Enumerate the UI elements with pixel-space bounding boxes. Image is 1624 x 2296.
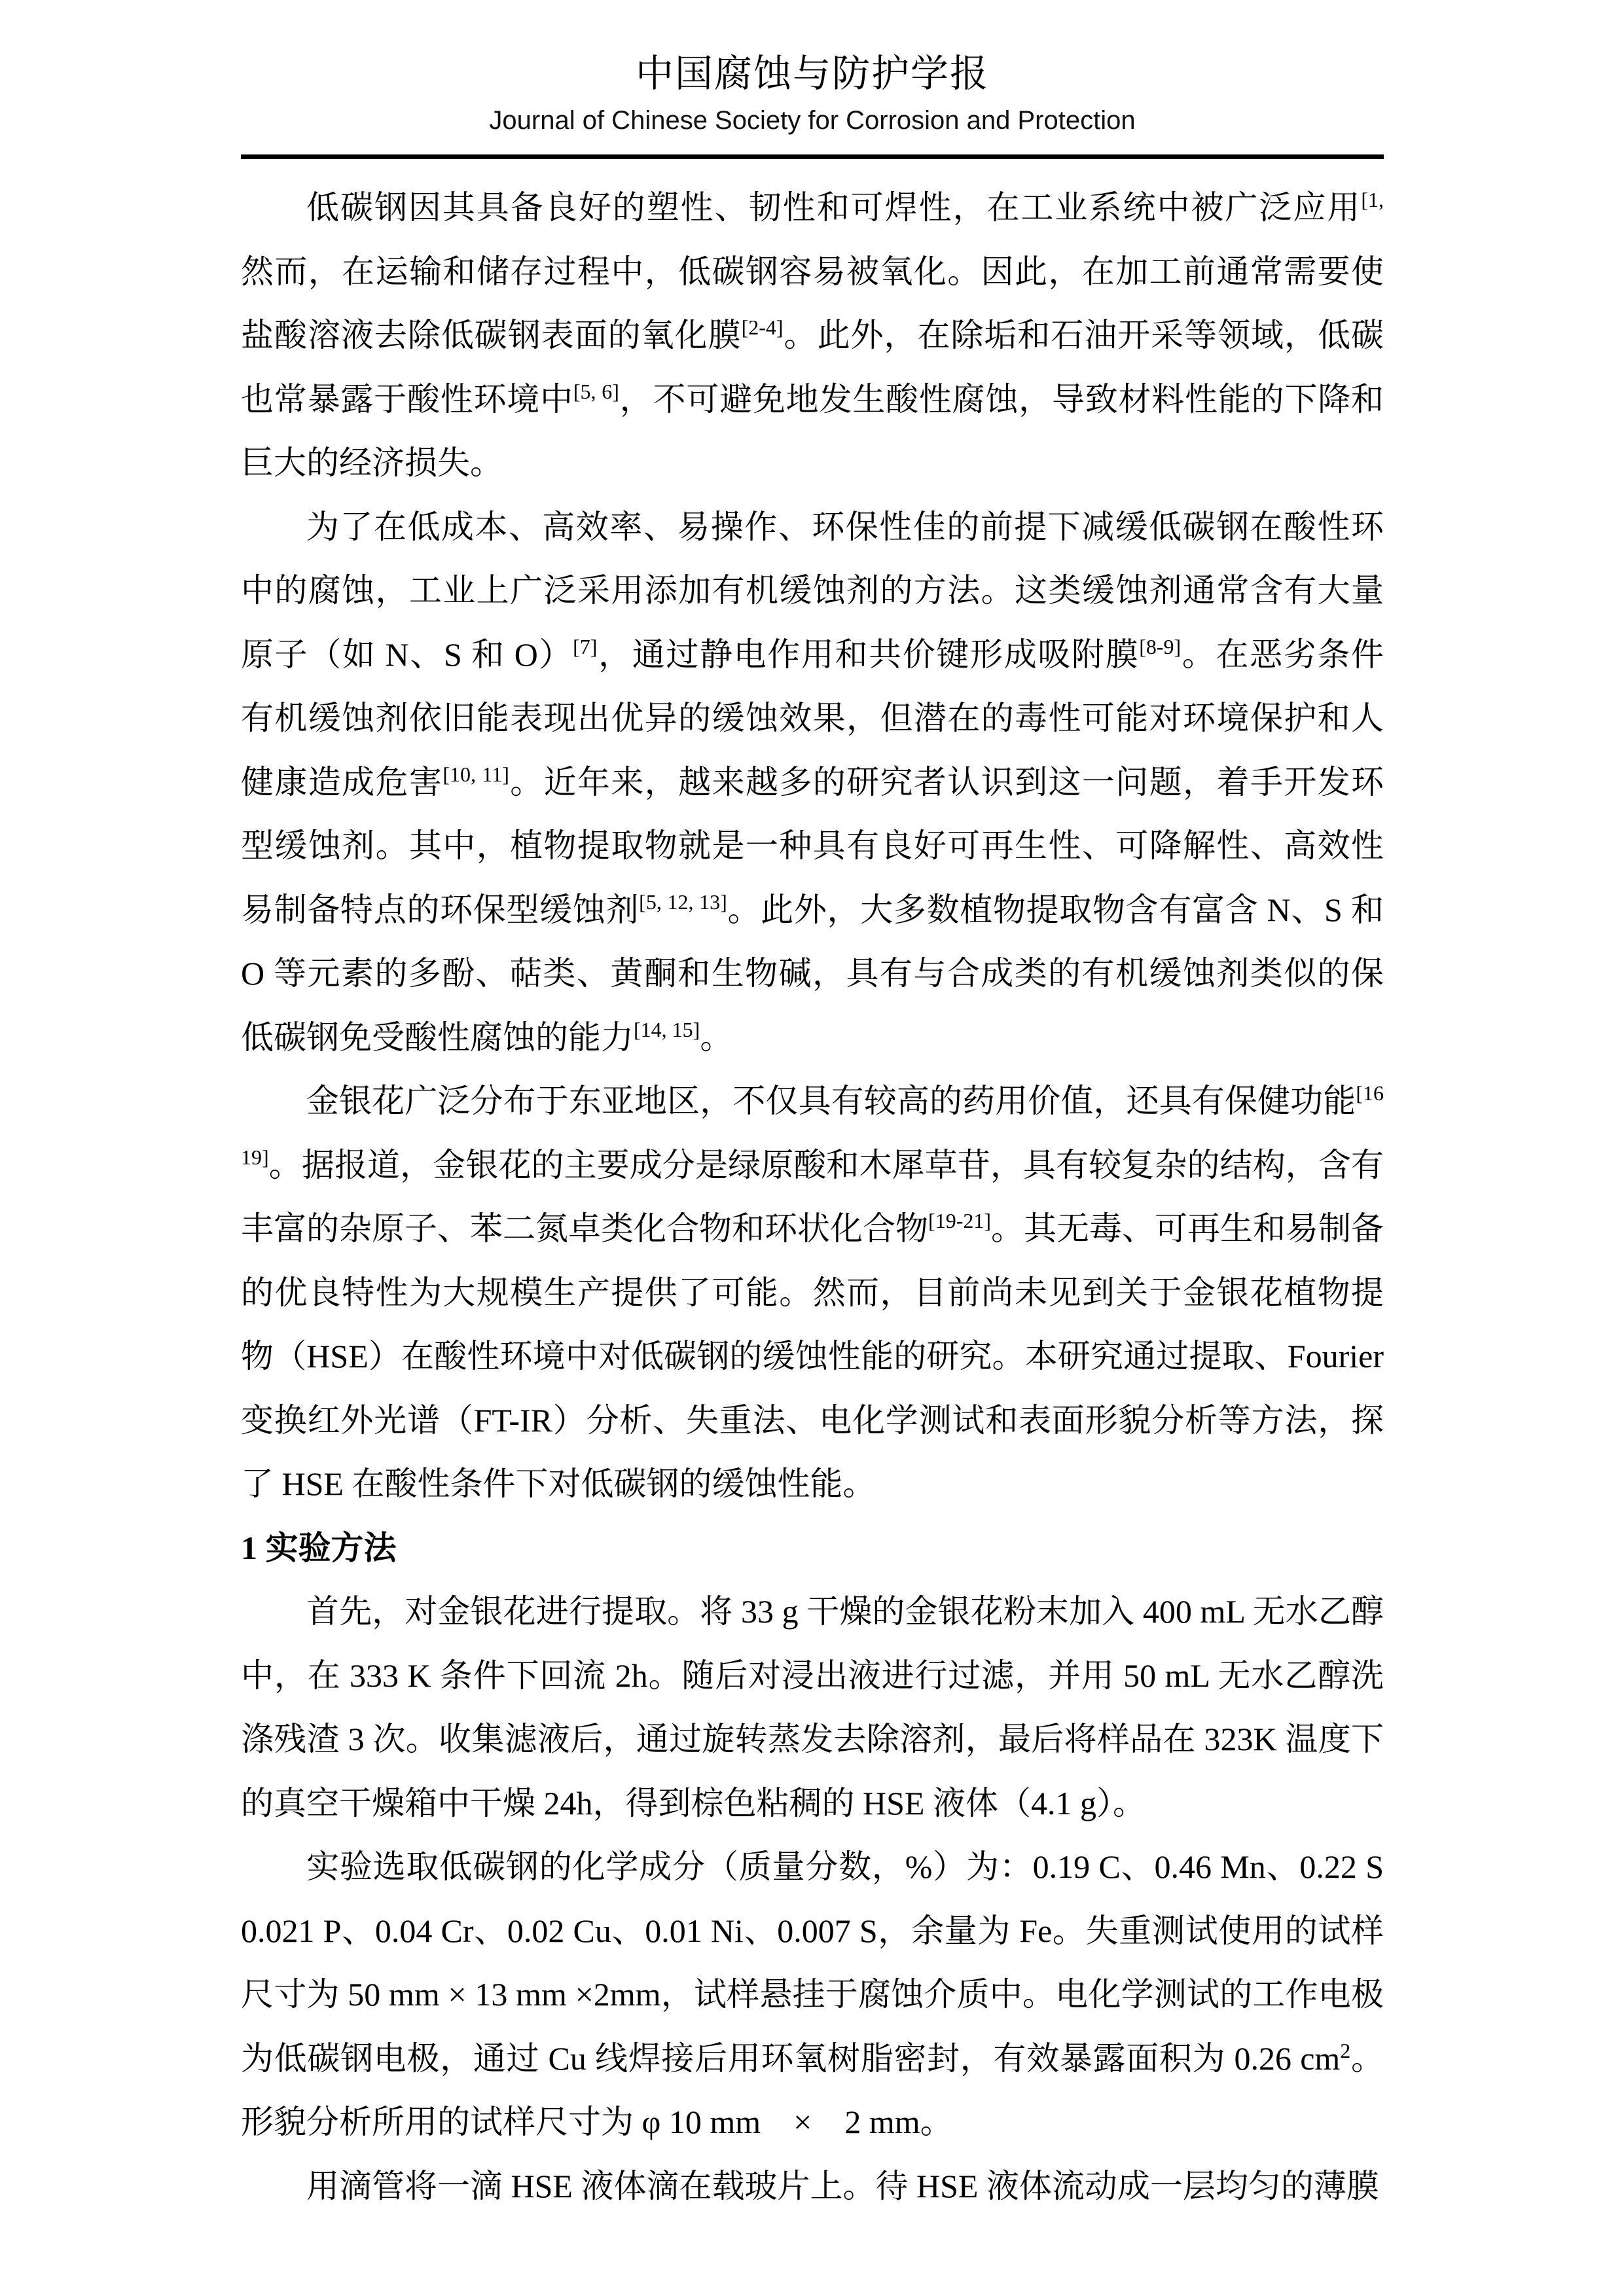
paragraph-line: 为了在低成本、高效率、易操作、环保性佳的前提下减缓低碳钢在酸性环境 (241, 495, 1384, 560)
paragraph-line: 中，在 333 K 条件下回流 2h。随后对浸出液进行过滤，并用 50 mL 无… (241, 1644, 1384, 1708)
paragraph-line: 金银花广泛分布于东亚地区，不仅具有较高的药用价值，还具有保健功能[16- (241, 1069, 1384, 1134)
text-run: 。 (1350, 2040, 1384, 2077)
paragraph-line: 健康造成危害[10, 11]。近年来，越来越多的研究者认识到这一问题，着手开发环… (241, 751, 1384, 815)
paragraph-line: 首先，对金银花进行提取。将 33 g 干燥的金银花粉末加入 400 mL 无水乙… (241, 1580, 1384, 1644)
paragraph-line: 了 HSE 在酸性条件下对低碳钢的缓蚀性能。 (241, 1452, 1384, 1516)
text-run: 为了在低成本、高效率、易操作、环保性佳的前提下减缓低碳钢在酸性环境 (241, 509, 1384, 560)
paragraph-line: 低碳钢因其具备良好的塑性、韧性和可焊性，在工业系统中被广泛应用[1, 2]。 (241, 176, 1384, 240)
paragraph-line: 然而，在运输和储存过程中，低碳钢容易被氧化。因此，在加工前通常需要使用 (241, 240, 1384, 304)
citation-superscript: [8-9] (1139, 635, 1181, 658)
text-run: 实验选取低碳钢的化学成分（质量分数，%）为：0.19 C、0.46 Mn、0.2… (241, 1848, 1384, 1899)
text-run: 变换红外光谱（FT-IR）分析、失重法、电化学测试和表面形貌分析等方法，探讨 (241, 1402, 1384, 1453)
paragraph-line: 丰富的杂原子、苯二氮卓类化合物和环状化合物[19-21]。其无毒、可再生和易制备 (241, 1197, 1384, 1261)
paragraph-line: 型缓蚀剂。其中，植物提取物就是一种具有良好可再生性、可降解性、高效性和 (241, 814, 1384, 878)
text-run: 。其无毒、可再生和易制备 (991, 1210, 1384, 1247)
text-run: 涤残渣 3 次。收集滤液后，通过旋转蒸发去除溶剂，最后将样品在 323K 温度下 (241, 1721, 1384, 1757)
paragraph-line: 尺寸为 50 mm × 13 mm ×2mm，试样悬挂于腐蚀介质中。电化学测试的… (241, 1963, 1384, 2027)
citation-superscript: [2-4] (742, 315, 784, 339)
paragraph-line: 用滴管将一滴 HSE 液体滴在载玻片上。待 HSE 液体流动成一层均匀的薄膜 (241, 2155, 1384, 2219)
text-run: 。据报道，金银花的主要成分是绿原酸和木犀草苷，具有较复杂的结构，含有 (269, 1147, 1384, 1183)
paragraph-line: 有机缓蚀剂依旧能表现出优异的缓蚀效果，但潜在的毒性可能对环境保护和人体 (241, 687, 1384, 751)
text-run: 盐酸溶液去除低碳钢表面的氧化膜 (241, 317, 742, 353)
paragraph-line: 盐酸溶液去除低碳钢表面的氧化膜[2-4]。此外，在除垢和石油开采等领域，低碳钢 (241, 304, 1384, 368)
text-run: 中的腐蚀，工业上广泛采用添加有机缓蚀剂的方法。这类缓蚀剂通常含有大量杂 (241, 572, 1384, 623)
paragraph-line: 也常暴露于酸性环境中[5, 6]，不可避免地发生酸性腐蚀，导致材料性能的下降和 (241, 368, 1384, 432)
text-run: 然而，在运输和储存过程中，低碳钢容易被氧化。因此，在加工前通常需要使用 (241, 253, 1384, 304)
text-run: 也常暴露于酸性环境中 (241, 381, 573, 418)
text-run: 首先，对金银花进行提取。将 33 g 干燥的金银花粉末加入 400 mL 无水乙… (306, 1593, 1384, 1630)
citation-superscript: [7] (573, 635, 597, 658)
section-heading: 1 实验方法 (241, 1516, 1384, 1581)
text-run: 金银花广泛分布于东亚地区，不仅具有较高的药用价值，还具有保健功能 (306, 1083, 1356, 1119)
citation-superscript: 19] (241, 1145, 269, 1169)
paragraph-line: 为低碳钢电极，通过 Cu 线焊接后用环氧树脂密封，有效暴露面积为 0.26 cm… (241, 2027, 1384, 2091)
text-run: 。此外，大多数植物提取物含有富含 N、S 和 (727, 891, 1384, 928)
paragraph-line: 原子（如 N、S 和 O）[7]，通过静电作用和共价键形成吸附膜[8-9]。在恶… (241, 623, 1384, 687)
journal-header: 中国腐蚀与防护学报 Journal of Chinese Society for… (241, 0, 1384, 159)
text-run: 原子（如 N、S 和 O） (241, 636, 573, 673)
text-run: 中，在 333 K 条件下回流 2h。随后对浸出液进行过滤，并用 50 mL 无… (241, 1657, 1384, 1694)
text-run: 的优良特性为大规模生产提供了可能。然而，目前尚未见到关于金银花植物提取 (241, 1274, 1384, 1325)
text-run: 。 (700, 1019, 732, 1056)
text-run: 型缓蚀剂。其中，植物提取物就是一种具有良好可再生性、可降解性、高效性和 (241, 827, 1384, 878)
paragraph-line: 形貌分析所用的试样尺寸为 φ 10 mm × 2 mm。 (241, 2090, 1384, 2155)
text-run: 尺寸为 50 mm × 13 mm ×2mm，试样悬挂于腐蚀介质中。电化学测试的… (241, 1976, 1384, 2013)
paragraph-line: O 等元素的多酚、萜类、黄酮和生物碱，具有与合成类的有机缓蚀剂类似的保护 (241, 942, 1384, 1006)
text-run: 健康造成危害 (241, 764, 442, 800)
text-run: ，不可避免地发生酸性腐蚀，导致材料性能的下降和 (619, 381, 1384, 418)
text-run: 0.021 P、0.04 Cr、0.02 Cu、0.01 Ni、0.007 S，… (241, 1912, 1384, 1949)
text-run: 易制备特点的环保型缓蚀剂 (241, 891, 639, 928)
citation-superscript: [5, 12, 13] (639, 890, 727, 914)
text-run: O 等元素的多酚、萜类、黄酮和生物碱，具有与合成类的有机缓蚀剂类似的保护 (241, 955, 1384, 1006)
paragraph-line: 涤残渣 3 次。收集滤液后，通过旋转蒸发去除溶剂，最后将样品在 323K 温度下 (241, 1708, 1384, 1772)
paragraph-line: 物（HSE）在酸性环境中对低碳钢的缓蚀性能的研究。本研究通过提取、Fourier (241, 1325, 1384, 1389)
paragraph-line: 低碳钢免受酸性腐蚀的能力[14, 15]。 (241, 1006, 1384, 1070)
text-run: 形貌分析所用的试样尺寸为 φ 10 mm × 2 mm。 (241, 2104, 953, 2140)
text-run: 物（HSE）在酸性环境中对低碳钢的缓蚀性能的研究。本研究通过提取、Fourier (241, 1338, 1384, 1374)
journal-title-zh: 中国腐蚀与防护学报 (241, 52, 1384, 96)
paragraph-line: 的优良特性为大规模生产提供了可能。然而，目前尚未见到关于金银花植物提取 (241, 1261, 1384, 1325)
citation-superscript: 2 (1340, 2039, 1350, 2062)
document-body: 低碳钢因其具备良好的塑性、韧性和可焊性，在工业系统中被广泛应用[1, 2]。然而… (241, 158, 1384, 2218)
text-run: 丰富的杂原子、苯二氮卓类化合物和环状化合物 (241, 1210, 928, 1247)
paragraph-line: 的真空干燥箱中干燥 24h，得到棕色粘稠的 HSE 液体（4.1 g）。 (241, 1772, 1384, 1836)
paragraph-line: 易制备特点的环保型缓蚀剂[5, 12, 13]。此外，大多数植物提取物含有富含 … (241, 878, 1384, 942)
manuscript-page: 中国腐蚀与防护学报 Journal of Chinese Society for… (0, 0, 1624, 2296)
text-run: 为低碳钢电极，通过 Cu 线焊接后用环氧树脂密封，有效暴露面积为 0.26 cm (241, 2040, 1340, 2077)
text-run: 低碳钢免受酸性腐蚀的能力 (241, 1019, 634, 1056)
text-run: 的真空干燥箱中干燥 24h，得到棕色粘稠的 HSE 液体（4.1 g）。 (241, 1785, 1146, 1821)
citation-superscript: [10, 11] (442, 762, 509, 786)
text-run: 用滴管将一滴 HSE 液体滴在载玻片上。待 HSE 液体流动成一层均匀的薄膜 (306, 2168, 1379, 2204)
paragraph-line: 变换红外光谱（FT-IR）分析、失重法、电化学测试和表面形貌分析等方法，探讨 (241, 1389, 1384, 1453)
text-run: 低碳钢因其具备良好的塑性、韧性和可焊性，在工业系统中被广泛应用 (306, 189, 1361, 226)
citation-superscript: [5, 6] (573, 380, 619, 403)
citation-superscript: [14, 15] (634, 1018, 700, 1041)
text-run: ，通过静电作用和共价键形成吸附膜 (597, 636, 1139, 673)
paragraph-line: 巨大的经济损失。 (241, 431, 1384, 495)
text-run: 有机缓蚀剂依旧能表现出优异的缓蚀效果，但潜在的毒性可能对环境保护和人体 (241, 700, 1384, 751)
paragraph-line: 中的腐蚀，工业上广泛采用添加有机缓蚀剂的方法。这类缓蚀剂通常含有大量杂 (241, 559, 1384, 623)
text-run: 了 HSE 在酸性条件下对低碳钢的缓蚀性能。 (241, 1465, 875, 1502)
citation-superscript: [19-21] (928, 1209, 991, 1232)
paragraph-line: 19]。据报道，金银花的主要成分是绿原酸和木犀草苷，具有较复杂的结构，含有 (241, 1134, 1384, 1198)
paragraph-line: 实验选取低碳钢的化学成分（质量分数，%）为：0.19 C、0.46 Mn、0.2… (241, 1835, 1384, 1899)
journal-title-en: Journal of Chinese Society for Corrosion… (241, 105, 1384, 136)
paragraph-line: 0.021 P、0.04 Cr、0.02 Cu、0.01 Ni、0.007 S，… (241, 1899, 1384, 1964)
text-run: 巨大的经济损失。 (241, 444, 503, 481)
